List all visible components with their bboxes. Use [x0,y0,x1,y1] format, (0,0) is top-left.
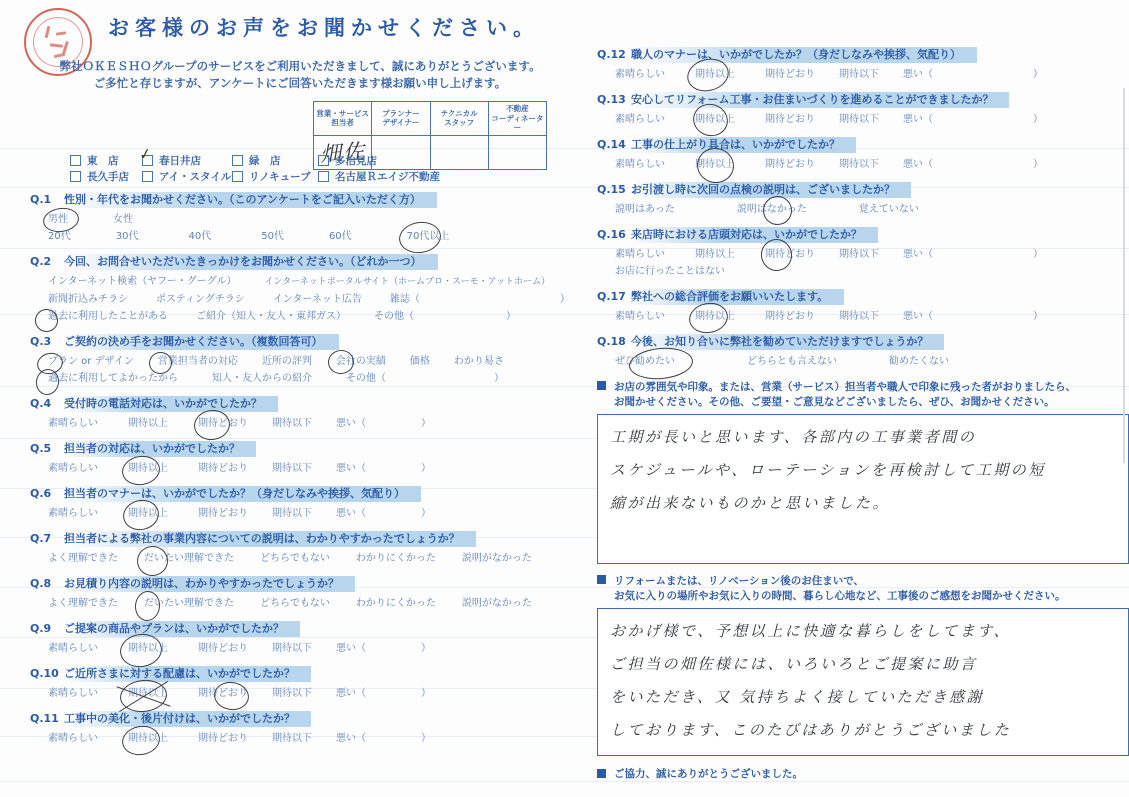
question-q13: Q.13安心してリフォーム工事・お住まいづくりを進めることができましたか？素晴ら… [597,93,1129,128]
option-label: 知人・友人からの紹介 [212,370,312,387]
option-label: 素晴らしい [615,246,665,263]
options-row: 素晴らしい期待以上期待どおり期待以下悪い（） [615,111,1129,128]
question-number: Q.6 [30,487,64,501]
options-row: 素晴らしい期待以上期待どおり期待以下悪い（） [48,505,568,522]
handwritten-comment-line: ご担当の畑佐様には、いろいろとご提案に助言 [610,648,1116,681]
comment-heading-line: お気に入りの場所やお気に入りの時間、暮らし心地など、工事後のご感想をお聞かせくだ… [597,589,1129,604]
option-label: 期待以上 [128,730,168,747]
option-label: 期待以上 [128,505,168,522]
option-label: ） [421,460,431,477]
option-label: ポスティングチラシ [156,291,245,308]
option-label: 期待以下 [839,156,879,173]
store-label: 名古屋Ｒエイジ不動産 [335,169,440,184]
option-label: ） [494,370,504,387]
question-title: Q.8お見積り内容の説明は、わかりやすかったでしょうか？ [30,577,568,591]
options-row: 素晴らしい期待以上期待どおり期待以下悪い（） [615,308,1129,325]
staff-column-header: プランナーデザイナー [372,102,430,136]
pen-circle-mark [628,345,694,381]
question-q15: Q.15お引渡し時に次回の点検の説明は、ございましたか？説明はあった説明はなかっ… [597,183,1129,218]
option-label: 悪い（ [903,308,933,325]
options-row: 過去に利用してよかったから知人・友人からの紹介その他（） [48,370,568,387]
question-q12: Q.12職人のマナーは、いかがでしたか？（身だしなみや挨拶、気配り）素晴らしい期… [597,48,1129,83]
options-row: 素晴らしい期待以上期待どおり期待以下悪い（） [615,66,1129,83]
option-label: 期待どおり [765,111,815,128]
survey-sheet: お客様のお声をお聞かせください。 弊社ＯＫＥＳＨＯグループのサービスをご利用いた… [0,0,1129,797]
pen-circle-mark [118,678,168,715]
option-label: 期待以下 [839,246,879,263]
page-title: お客様のお声をお聞かせください。 [108,12,540,42]
store-option: 長久手店 [70,169,142,184]
question-title: Q.7担当者による弊社の事業内容についての説明は、わかりやすかったでしょうか？ [30,532,568,546]
option-label: ） [421,415,431,432]
option-label: 期待以上 [695,111,735,128]
option-label: 期待どおり [198,640,248,657]
store-option: リノキューブ [232,169,318,184]
option-label: ） [421,685,431,702]
scan-edge-artifact [1123,88,1125,463]
question-title: Q.15お引渡し時に次回の点検の説明は、ございましたか？ [597,183,1129,197]
option-label: 期待どおり [765,66,815,83]
option-label: 50代 [261,228,284,245]
question-number: Q.14 [597,138,631,152]
question-q4: Q.4受付時の電話対応は、いかがでしたか？素晴らしい期待以上期待どおり期待以下悪… [30,397,568,432]
pen-circle-mark [192,408,231,442]
question-title: Q.2今回、お問合せいただいたきっかけをお聞かせください。（どれか一つ） [30,255,568,269]
question-q7: Q.7担当者による弊社の事業内容についての説明は、わかりやすかったでしょうか？よ… [30,532,568,567]
option-label: 期待どおり [765,308,815,325]
option-label: インターネット検索（ヤフー・グーグル） [48,273,237,290]
pen-circle-mark [761,194,795,228]
store-option: 緑 店 [232,153,318,168]
footer-thanks-text: ご協力、誠にありがとうございました。 [614,766,803,781]
pen-circle-mark [118,631,164,670]
question-q6: Q.6担当者のマナーは、いかがでしたか？（身だしなみや挨拶、気配り）素晴らしい期… [30,487,568,522]
question-number: Q.18 [597,335,631,349]
option-label: 悪い（ [903,111,933,128]
question-text: 今回、お問合せいただいたきっかけをお聞かせください。（どれか一つ） [64,254,438,270]
question-text: 担当者による弊社の事業内容についての説明は、わかりやすかったでしょうか？ [64,531,476,547]
comment-box: 工期が長いと思います、各部内の工事業者間のスケジュールや、ローテーションを再検討… [597,414,1129,564]
question-q11: Q.11工事中の美化・後片付けは、いかがでしたか？素晴らしい期待以上期待どおり期… [30,712,568,747]
options-row: お店に行ったことはない [615,263,1129,280]
options-row: よく理解できただいたい理解できたどちらでもないわかりにくかった説明がなかった [48,595,568,612]
question-title: Q.12職人のマナーは、いかがでしたか？（身だしなみや挨拶、気配り） [597,48,1129,62]
option-label: 期待以上 [128,460,168,477]
question-title: Q.6担当者のマナーは、いかがでしたか？（身だしなみや挨拶、気配り） [30,487,568,501]
store-checkboxes: 東 店✓春日井店緑 店多治見店長久手店アイ・スタイルリノキューブ名古屋Ｒエイジ不… [70,152,440,184]
option-label: 会社の実績 [336,353,386,370]
option-label: 期待以上 [695,156,735,173]
question-title: Q.5担当者の対応は、いかがでしたか？ [30,442,568,456]
option-label: 期待以下 [272,415,312,432]
option-label: 期待以上 [128,685,168,702]
store-label: 緑 店 [249,153,281,168]
option-label: その他（ [374,308,414,325]
option-label: ） [560,291,570,308]
option-label: 40代 [188,228,211,245]
option-label: わかりにくかった [356,550,436,567]
handwritten-comment-line: おかげ様で、予想以上に快適な暮らしをしてます、 [610,615,1116,648]
section-square-icon [597,381,606,390]
option-label: 過去に利用したことがある [48,308,168,325]
option-label: 素晴らしい [48,640,98,657]
option-label: ） [506,308,516,325]
option-label: だいたい理解できた [144,550,234,567]
options-row: よく理解できただいたい理解できたどちらでもないわかりにくかった説明がなかった [48,550,568,567]
option-label: 悪い（ [336,685,366,702]
question-number: Q.16 [597,228,631,242]
question-number: Q.11 [30,712,64,726]
question-number: Q.5 [30,442,64,456]
options-row: インターネット検索（ヤフー・グーグル）インターネットポータルサイト（ホームプロ・… [48,273,568,291]
option-label: 悪い（ [903,246,933,263]
question-q8: Q.8お見積り内容の説明は、わかりやすかったでしょうか？よく理解できただいたい理… [30,577,568,612]
option-label: ） [421,505,431,522]
question-q18: Q.18今後、お知り合いに弊社を勧めていただけますでしょうか？ぜひ勧めたいどちら… [597,335,1129,370]
question-text: ご契約の決め手をお聞かせください。（複数回答可） [64,334,339,350]
questions-column-left: Q.1性別・年代をお聞かせください。（このアンケートをご記入いただく方）男性女性… [30,193,568,757]
comment-heading-line: リフォームまたは、リノベーション後のお住まいで、 [597,574,1129,589]
question-text: 工事中の美化・後片付けは、いかがでしたか？ [64,711,311,727]
option-label: よく理解できた [48,595,118,612]
comment-section-2: リフォームまたは、リノベーション後のお住まいで、お気に入りの場所やお気に入りの時… [597,574,1129,756]
option-label: 期待どおり [198,505,248,522]
question-q5: Q.5担当者の対応は、いかがでしたか？素晴らしい期待以上期待どおり期待以下悪い（… [30,442,568,477]
checkbox-icon [318,155,329,166]
questions-column-right: Q.12職人のマナーは、いかがでしたか？（身だしなみや挨拶、気配り）素晴らしい期… [597,48,1129,781]
option-label: 素晴らしい [48,460,98,477]
staff-table-header: 営業・サービス担当者プランナーデザイナーテクニカルスタッフ不動産コーディネーター [314,102,547,136]
checkbox-icon [70,155,81,166]
option-label: 悪い（ [336,505,366,522]
option-label: 勧めたくない [889,353,949,370]
option-label: どちらでもない [260,595,330,612]
option-label: お店に行ったことはない [615,263,725,280]
options-row: 素晴らしい期待以上期待どおり期待以下悪い（） [615,156,1129,173]
option-label: プラン or デザイン [48,353,134,370]
option-label: 悪い（ [336,730,366,747]
question-number: Q.15 [597,183,631,197]
option-label: ） [421,730,431,747]
option-label: インターネット広告 [273,291,362,308]
option-label: 悪い（ [903,156,933,173]
question-text: 受付時の電話対応は、いかがでしたか？ [64,396,278,412]
handwritten-comment-line: スケジュールや、ローテーションを再検討して工期の短 [610,454,1116,487]
store-option: 多治見店 [318,153,377,168]
option-label: 期待どおり [765,246,815,263]
question-text: 職人のマナーは、いかがでしたか？（身だしなみや挨拶、気配り） [631,47,977,63]
option-label: 価格 [410,353,430,370]
question-q1: Q.1性別・年代をお聞かせください。（このアンケートをご記入いただく方）男性女性… [30,193,568,245]
option-label: 悪い（ [336,640,366,657]
pen-circle-mark [134,590,162,622]
option-label: 期待以下 [272,730,312,747]
scan-rule-line [0,781,1129,782]
option-label: 素晴らしい [615,111,665,128]
options-row: 男性女性 [48,211,568,228]
option-label: 期待以下 [272,505,312,522]
question-text: 来店時における店頭対応は、いかがでしたか？ [631,227,878,243]
comment-heading: リフォームまたは、リノベーション後のお住まいで、お気に入りの場所やお気に入りの時… [597,574,1129,604]
question-title: Q.9ご提案の商品やプランは、いかがでしたか？ [30,622,568,636]
option-label: 素晴らしい [48,415,98,432]
pen-circle-mark [120,497,161,534]
question-q9: Q.9ご提案の商品やプランは、いかがでしたか？素晴らしい期待以上期待どおり期待以… [30,622,568,657]
option-label: 期待以上 [128,415,168,432]
pen-circle-mark [136,544,170,577]
question-number: Q.8 [30,577,64,591]
section-square-icon [597,769,606,778]
checkbox-icon [232,171,243,182]
option-label: インターネットポータルサイト（ホームプロ・スーモ・アットホーム） [265,274,550,291]
question-text: お見積り内容の説明は、わかりやすかったでしょうか？ [64,576,355,592]
question-text: 安心してリフォーム工事・お住まいづくりを進めることができましたか？ [631,92,1009,108]
question-title: Q.3ご契約の決め手をお聞かせください。（複数回答可） [30,335,568,349]
option-label: 期待以上 [128,640,168,657]
option-label: ） [1033,156,1043,173]
option-label: 期待以上 [695,308,735,325]
option-label: わかりにくかった [356,595,436,612]
option-label: どちらとも言えない [747,353,837,370]
comment-heading-line: お聞かせください。その他、ご要望・ご意見などございましたら、ぜひ、お聞かせくださ… [597,395,1129,410]
comment-heading-line: お店の雰囲気や印象。または、営業（サービス）担当者や職人で印象に残った者がおりま… [597,380,1129,395]
handwritten-comment-line: 縮が出来ないものかと思いました。 [610,487,1116,520]
question-title: Q.16来店時における店頭対応は、いかがでしたか？ [597,228,1129,242]
option-label: 期待どおり [198,730,248,747]
store-label: アイ・スタイル [159,169,231,184]
question-text: ご提案の商品やプランは、いかがでしたか？ [64,621,300,637]
option-label: 期待以上 [695,246,735,263]
option-label: 男性 [48,211,68,228]
question-q3: Q.3ご契約の決め手をお聞かせください。（複数回答可）プラン or デザイン営業… [30,335,568,387]
question-title: Q.10ご近所さまに対する配慮は、いかがでしたか？ [30,667,568,681]
pen-circle-mark [120,453,162,488]
option-label: 期待以下 [272,460,312,477]
option-label: 70代以上 [407,228,450,245]
question-q10: Q.10ご近所さまに対する配慮は、いかがでしたか？素晴らしい期待以上期待どおり期… [30,667,568,702]
question-text: 今後、お知り合いに弊社を勧めていただけますでしょうか？ [631,334,944,350]
options-row: 素晴らしい期待以上期待どおり期待以下悪い（） [48,460,568,477]
option-label: よく理解できた [48,550,118,567]
option-label: 説明がなかった [462,595,532,612]
option-label: 20代 [48,228,71,245]
option-label: 期待以下 [272,685,312,702]
option-label: 悪い（ [903,66,933,83]
option-label: 素晴らしい [48,730,98,747]
comment-section-1: お店の雰囲気や印象。または、営業（サービス）担当者や職人で印象に残った者がおりま… [597,380,1129,564]
question-q17: Q.17弊社への総合評価をお願いいたします。素晴らしい期待以上期待どおり期待以下… [597,290,1129,325]
question-number: Q.17 [597,290,631,304]
options-row: 20代30代40代50代60代70代以上 [48,228,568,245]
option-label: ） [1033,308,1043,325]
question-number: Q.2 [30,255,64,269]
option-label: 営業担当者の対応 [158,353,238,370]
checkbox-icon [142,171,153,182]
pen-circle-mark [212,680,251,713]
store-row: 東 店✓春日井店緑 店多治見店 [70,152,440,168]
option-label: 悪い（ [336,460,366,477]
options-row: 素晴らしい期待以上期待どおり期待以下悪い（） [48,415,568,432]
option-label: どちらでもない [260,550,330,567]
option-label: ） [421,640,431,657]
question-number: Q.9 [30,622,64,636]
option-label: 期待どおり [198,685,248,702]
pen-circle-mark [35,309,58,332]
pen-circle-mark [687,300,731,336]
staff-entry-cell [488,135,546,169]
store-option: 東 店 [70,153,142,168]
question-title: Q.14工事の仕上がり具合は、いかがでしたか？ [597,138,1129,152]
question-number: Q.13 [597,93,631,107]
question-text: 弊社への総合評価をお願いいたします。 [631,289,844,305]
option-label: 期待以下 [839,111,879,128]
handwritten-comment-line: しております、このたびはありがとうございました [610,714,1116,747]
staff-column-header: 不動産コーディネーター [488,102,546,136]
pen-cross-line [117,686,171,706]
store-label: 長久手店 [87,169,129,184]
question-number: Q.3 [30,335,64,349]
pen-circle-mark [120,723,162,758]
handwritten-check-mark: ✓ [138,144,154,164]
comment-heading: お店の雰囲気や印象。または、営業（サービス）担当者や職人で印象に残った者がおりま… [597,380,1129,410]
option-label: ） [1033,111,1043,128]
option-label: ぜひ勧めたい [615,353,675,370]
question-text: ご近所さまに対する配慮は、いかがでしたか？ [64,666,311,682]
question-title: Q.17弊社への総合評価をお願いいたします。 [597,290,1129,304]
question-text: 担当者の対応は、いかがでしたか？ [64,441,256,457]
staff-column-header: 営業・サービス担当者 [314,102,372,136]
option-label: 説明はなかった [737,201,807,218]
intro-line-1: 弊社ＯＫＥＳＨＯグループのサービスをご利用いただきまして、誠にありがとうございま… [30,58,570,75]
question-number: Q.1 [30,193,64,207]
question-number: Q.7 [30,532,64,546]
option-label: 期待以下 [839,66,879,83]
option-label: 素晴らしい [48,685,98,702]
option-label: 60代 [329,228,352,245]
question-text: 担当者のマナーは、いかがでしたか？（身だしなみや挨拶、気配り） [64,486,421,502]
option-label: 悪い（ [336,415,366,432]
option-label: 説明がなかった [462,550,532,567]
option-label: 覚えていない [859,201,919,218]
options-row: 素晴らしい期待以上期待どおり期待以下悪い（） [48,685,568,702]
comment-box: おかげ様で、予想以上に快適な暮らしをしてます、ご担当の畑佐様には、いろいろとご提… [597,608,1129,756]
option-label: ） [1033,66,1043,83]
intro-text: 弊社ＯＫＥＳＨＯグループのサービスをご利用いただきまして、誠にありがとうございま… [30,58,570,92]
store-label: 東 店 [87,153,119,168]
intro-line-2: ご多忙と存じますが、アンケートにご回答いただきます様お願い申し上げます。 [30,75,570,92]
question-q2: Q.2今回、お問合せいただいたきっかけをお聞かせください。（どれか一つ）インター… [30,255,568,325]
question-title: Q.4受付時の電話対応は、いかがでしたか？ [30,397,568,411]
question-text: 性別・年代をお聞かせください。（このアンケートをご記入いただく方） [64,192,437,208]
option-label: 新聞折込みチラシ [48,291,128,308]
handwritten-comment-line: をいただき、又 気持ちよく接していただき感謝 [610,681,1116,714]
option-label: 期待以上 [695,66,735,83]
question-title: Q.11工事中の美化・後片付けは、いかがでしたか？ [30,712,568,726]
option-label: だいたい理解できた [144,595,234,612]
question-title: Q.18今後、お知り合いに弊社を勧めていただけますでしょうか？ [597,335,1129,349]
option-label: 雑誌（ [390,291,420,308]
options-row: 新聞折込みチラシポスティングチラシインターネット広告雑誌（） [48,291,568,308]
options-row: 素晴らしい期待以上期待どおり期待以下悪い（） [615,246,1129,263]
checkbox-icon [318,171,329,182]
option-label: ） [1033,246,1043,263]
options-row: 素晴らしい期待以上期待どおり期待以下悪い（） [48,640,568,657]
option-label: 素晴らしい [615,156,665,173]
option-label: 女性 [113,211,133,228]
option-label: 期待以下 [839,308,879,325]
option-label: ご紹介（知人・友人・東邦ガス） [196,308,346,325]
question-text: お引渡し時に次回の点検の説明は、ございましたか？ [631,182,911,198]
question-q16: Q.16来店時における店頭対応は、いかがでしたか？素晴らしい期待以上期待どおり期… [597,228,1129,280]
option-label: 素晴らしい [48,505,98,522]
option-label: 説明はあった [615,201,675,218]
option-label: 過去に利用してよかったから [48,370,178,387]
option-label: その他（ [346,370,386,387]
options-row: プラン or デザイン営業担当者の対応近所の評判会社の実績価格わかり易さ [48,353,568,370]
question-number: Q.10 [30,667,64,681]
store-option: 名古屋Ｒエイジ不動産 [318,169,440,184]
question-text: 工事の仕上がり具合は、いかがでしたか？ [631,137,856,153]
checkbox-icon [70,171,81,182]
options-row: 素晴らしい期待以上期待どおり期待以下悪い（） [48,730,568,747]
question-q14: Q.14工事の仕上がり具合は、いかがでしたか？素晴らしい期待以上期待どおり期待以… [597,138,1129,173]
options-row: ぜひ勧めたいどちらとも言えない勧めたくない [615,353,1129,370]
options-row: 過去に利用したことがあるご紹介（知人・友人・東邦ガス）その他（） [48,308,568,325]
option-label: 近所の評判 [262,353,312,370]
question-title: Q.1性別・年代をお聞かせください。（このアンケートをご記入いただく方） [30,193,568,207]
option-label: 期待以下 [272,640,312,657]
option-label: 素晴らしい [615,66,665,83]
question-title: Q.13安心してリフォーム工事・お住まいづくりを進めることができましたか？ [597,93,1129,107]
footer-thanks: ご協力、誠にありがとうございました。 [597,766,1129,781]
section-square-icon [597,575,606,584]
store-label: 多治見店 [335,153,377,168]
store-option: アイ・スタイル [142,169,232,184]
staff-column-header: テクニカルスタッフ [430,102,488,136]
checkbox-icon [232,155,243,166]
option-label: 30代 [116,228,139,245]
option-label: 素晴らしい [615,308,665,325]
store-option: ✓春日井店 [142,153,232,168]
store-label: リノキューブ [249,169,311,184]
store-row: 長久手店アイ・スタイルリノキューブ名古屋Ｒエイジ不動産 [70,168,440,184]
option-label: 期待どおり [765,156,815,173]
store-label: 春日井店 [159,153,201,168]
handwritten-comment-line: 工期が長いと思います、各部内の工事業者間の [610,421,1116,454]
option-label: 期待どおり [198,460,248,477]
option-label: 期待どおり [198,415,248,432]
pen-cross-line [119,681,168,712]
pen-circle-mark [34,367,61,397]
option-label: わかり易さ [454,353,504,370]
question-number: Q.4 [30,397,64,411]
question-number: Q.12 [597,48,631,62]
options-row: 説明はあった説明はなかった覚えていない [615,201,1129,218]
